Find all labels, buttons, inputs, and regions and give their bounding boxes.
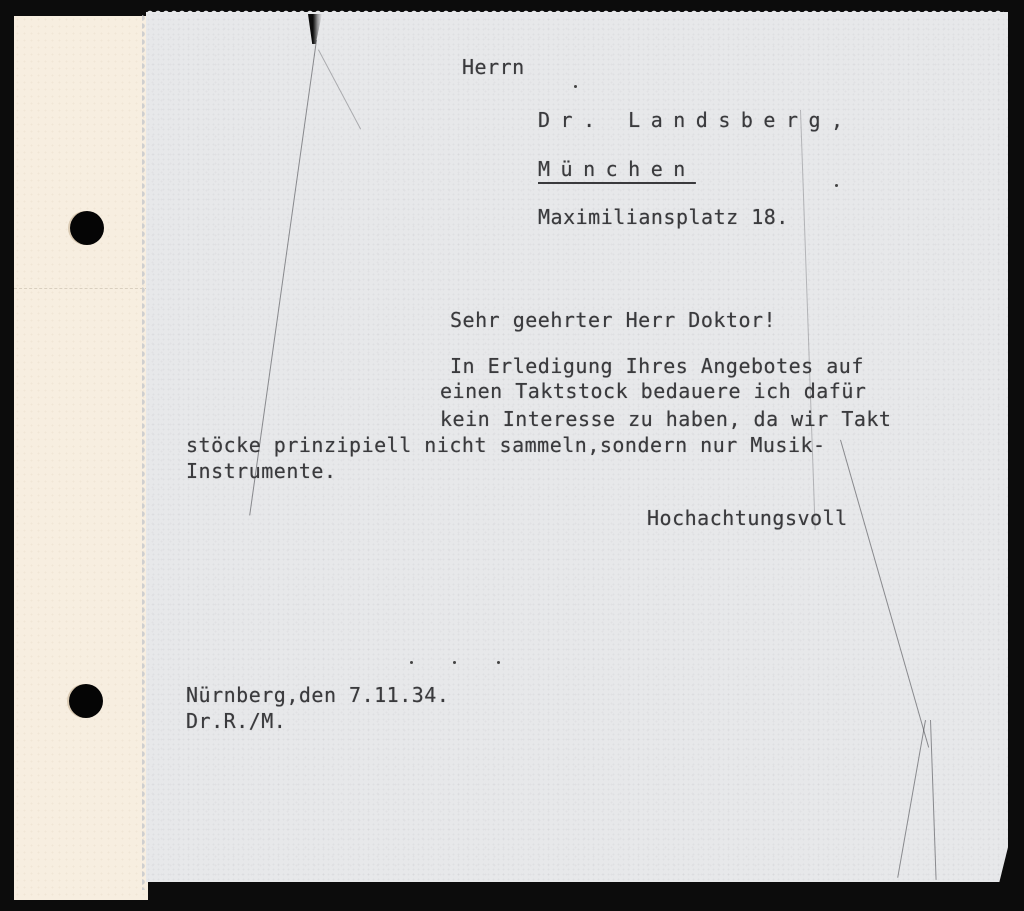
punch-hole-bottom (69, 684, 103, 718)
body-line-3: kein Interesse zu haben, da wir Takt (440, 407, 891, 431)
ink-speck (497, 661, 500, 664)
recipient-name: Dr. Landsberg, (538, 108, 854, 132)
stub-fold-line (14, 288, 148, 289)
ink-speck (574, 85, 577, 88)
filing-stub (14, 16, 148, 900)
recipient-salutation: Herrn (462, 55, 525, 79)
recipient-city: München (538, 157, 696, 181)
ink-speck (453, 661, 456, 664)
perforated-top-edge (146, 8, 1004, 14)
body-line-5: Instrumente. (186, 459, 337, 483)
punch-hole-top (70, 211, 104, 245)
place-and-date: Nürnberg,den 7.11.34. (186, 683, 449, 707)
body-line-2: einen Taktstock bedauere ich dafür (440, 379, 866, 403)
body-line-4: stöcke prinzipiell nicht sammeln,sondern… (186, 433, 826, 457)
recipient-street: Maximiliansplatz 18. (538, 205, 789, 229)
ink-speck (410, 661, 413, 664)
ink-speck (835, 184, 838, 187)
scanned-letter: Herrn Dr. Landsberg, München Maximilians… (0, 0, 1024, 911)
letter-greeting: Sehr geehrter Herr Doktor! (450, 308, 776, 332)
reference-initials: Dr.R./M. (186, 709, 286, 733)
perforated-left-edge (142, 14, 150, 890)
letter-closing: Hochachtungsvoll (647, 506, 848, 530)
body-line-1: In Erledigung Ihres Angebotes auf (450, 354, 864, 378)
